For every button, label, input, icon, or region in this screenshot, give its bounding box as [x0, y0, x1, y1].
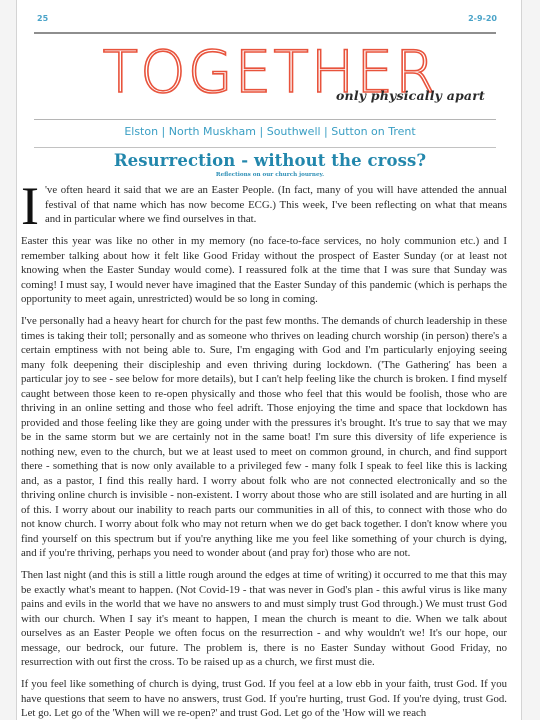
page-number: 25 [37, 14, 48, 23]
article-paragraph: If you feel like something of church is … [21, 677, 507, 720]
article-subtitle: Reflections on our church journey. [17, 172, 523, 178]
masthead-divider [34, 119, 496, 120]
drop-cap: I [21, 186, 39, 228]
article-paragraph: I've often heard it said that we are an … [21, 183, 507, 227]
page-header: 25 2-9-20 [37, 14, 497, 26]
parish-list: Elston | North Muskham | Southwell | Sut… [17, 125, 523, 138]
header-divider [34, 32, 496, 34]
newsletter-page: 25 2-9-20 TOGETHER only physically apart… [16, 0, 522, 720]
parish-divider [34, 147, 496, 148]
article-paragraph: Then last night (and this is still a lit… [21, 568, 507, 670]
article-body: I've often heard it said that we are an … [21, 183, 507, 720]
paragraph-text: 've often heard it said that we are an E… [45, 184, 507, 225]
article-paragraph: Easter this year was like no other in my… [21, 234, 507, 307]
issue-date: 2-9-20 [468, 14, 497, 23]
article-title: Resurrection - without the cross? [17, 151, 523, 170]
masthead-tagline: only physically apart [336, 88, 485, 103]
article-paragraph: I've personally had a heavy heart for ch… [21, 314, 507, 561]
